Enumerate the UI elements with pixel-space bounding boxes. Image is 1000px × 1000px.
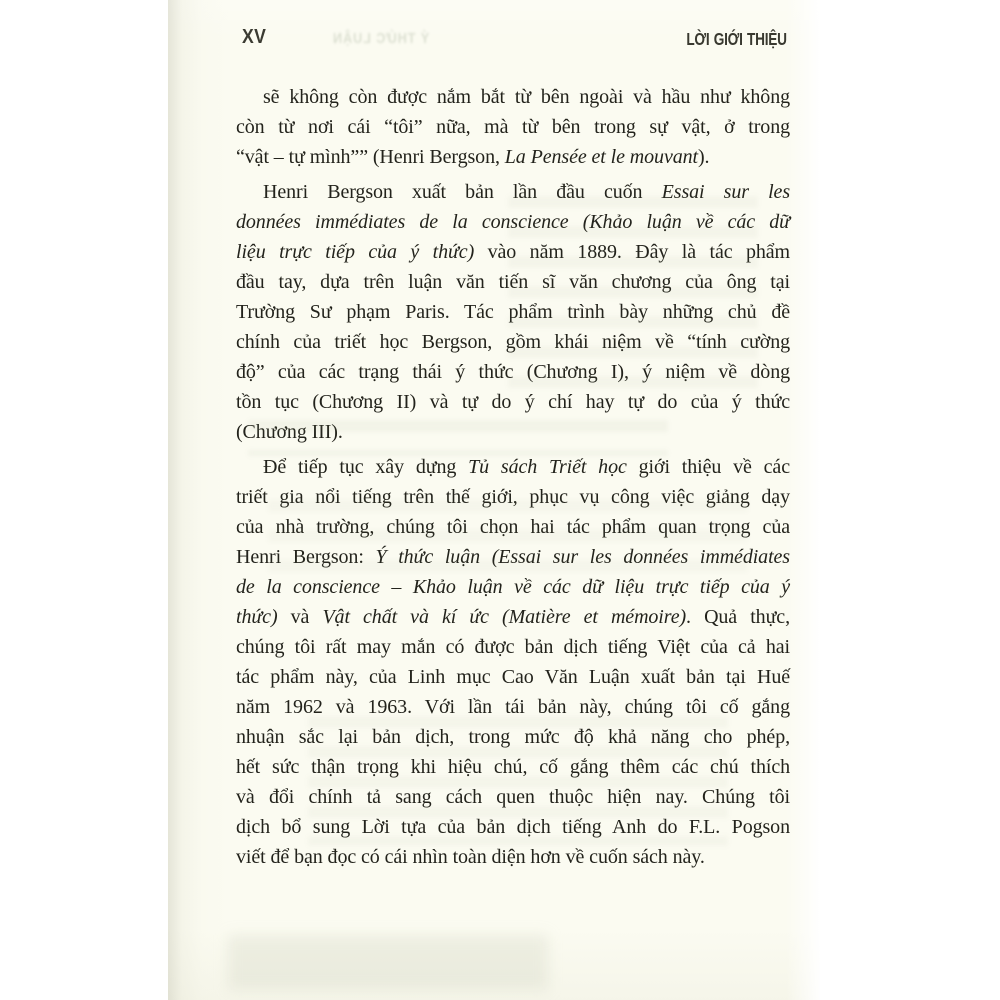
bleed-through-smudge	[248, 420, 668, 456]
paragraph: sẽ không còn được nắm bắt từ bên ngoài v…	[236, 82, 790, 172]
page-number: XV	[242, 26, 266, 49]
text-line: sẽ không còn được nắm bắt từ bên ngoài v…	[236, 82, 790, 112]
text-line: “vật – tự mình”” (Henri Bergson, La Pens…	[236, 142, 790, 172]
text-line: tác phẩm này, của Linh mục Cao Văn Luận …	[236, 662, 790, 692]
scanned-book-page: XV Ý THỨC LUẬN LỜI GIỚI THIỆU sẽ không c…	[0, 0, 1000, 1000]
scan-shading-smudge	[228, 935, 548, 990]
bleed-through-smudge	[508, 196, 758, 396]
page-surface: XV Ý THỨC LUẬN LỜI GIỚI THIỆU sẽ không c…	[168, 0, 820, 1000]
text-line: Để tiếp tục xây dựng Tủ sách Triết học g…	[236, 452, 790, 482]
bleed-through-smudge	[268, 500, 748, 580]
text-line: chúng tôi rất may mắn có được bản dịch t…	[236, 632, 790, 662]
running-title: LỜI GIỚI THIỆU	[687, 29, 787, 50]
bleed-through-ghost-text: Ý THỨC LUẬN	[285, 30, 430, 47]
text-line: thức) và Vật chất và kí ức (Matière et m…	[236, 602, 790, 632]
bleed-through-smudge	[308, 716, 728, 846]
text-line: viết để bạn đọc có cái nhìn toàn diện hơ…	[236, 842, 790, 872]
text-line: còn từ nơi cái “tôi” nữa, mà từ bên tron…	[236, 112, 790, 142]
